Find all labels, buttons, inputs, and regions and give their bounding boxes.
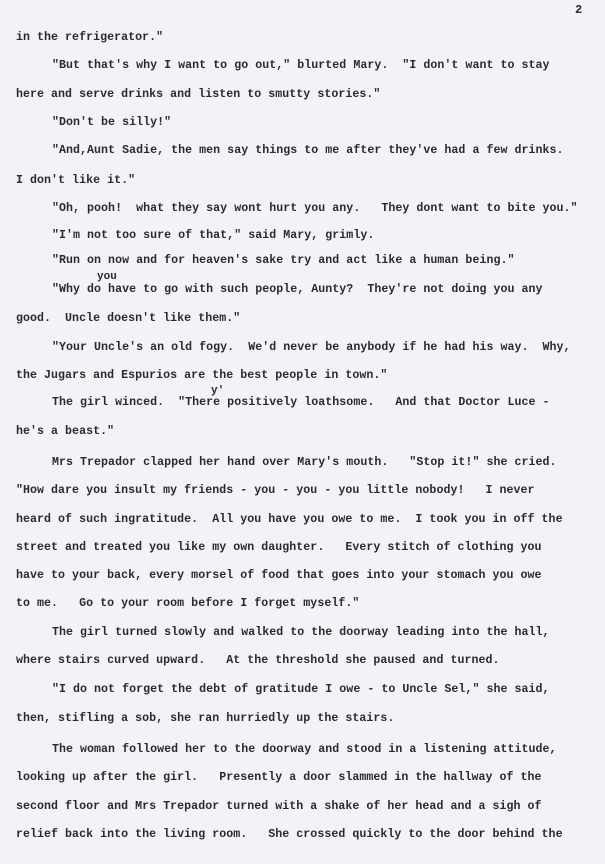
text-line: "How dare you insult my friends - you - …	[16, 484, 535, 498]
text-line: relief back into the living room. She cr…	[16, 828, 563, 842]
text-line: "Why do have to go with such people, Aun…	[52, 283, 543, 297]
text-line: have to your back, every morsel of food …	[16, 569, 542, 583]
text-line: second floor and Mrs Trepador turned wit…	[16, 800, 542, 814]
page-number: 2	[575, 3, 582, 17]
text-line: The girl turned slowly and walked to the…	[52, 626, 550, 640]
interlinear-insertion: y'	[211, 385, 224, 397]
text-line: "Oh, pooh! what they say wont hurt you a…	[52, 202, 578, 216]
text-line: I don't like it."	[16, 174, 135, 188]
text-line: heard of such ingratitude. All you have …	[16, 513, 563, 527]
text-line: to me. Go to your room before I forget m…	[16, 597, 359, 611]
text-line: "But that's why I want to go out," blurt…	[52, 59, 550, 73]
text-line: here and serve drinks and listen to smut…	[16, 88, 380, 102]
text-line: "Don't be silly!"	[52, 116, 171, 130]
text-line: where stairs curved upward. At the thres…	[16, 654, 500, 668]
text-line: then, stifling a sob, she ran hurriedly …	[16, 712, 394, 726]
text-line: in the refrigerator."	[16, 31, 163, 45]
text-line: he's a beast."	[16, 425, 114, 439]
text-line: looking up after the girl. Presently a d…	[16, 771, 542, 785]
interlinear-insertion: you	[97, 271, 117, 283]
text-line: "I'm not too sure of that," said Mary, g…	[52, 229, 374, 243]
text-line: The woman followed her to the doorway an…	[52, 743, 557, 757]
text-line: "And,Aunt Sadie, the men say things to m…	[52, 144, 564, 158]
text-line: Mrs Trepador clapped her hand over Mary'…	[52, 456, 557, 470]
text-line: "Run on now and for heaven's sake try an…	[52, 254, 515, 268]
text-line: good. Uncle doesn't like them."	[16, 312, 240, 326]
text-line: the Jugars and Espurios are the best peo…	[16, 369, 387, 383]
text-line: street and treated you like my own daugh…	[16, 541, 542, 555]
text-line: "I do not forget the debt of gratitude I…	[52, 683, 550, 697]
text-line: "Your Uncle's an old fogy. We'd never be…	[52, 341, 571, 355]
text-line: The girl winced. "There positively loath…	[52, 396, 550, 410]
